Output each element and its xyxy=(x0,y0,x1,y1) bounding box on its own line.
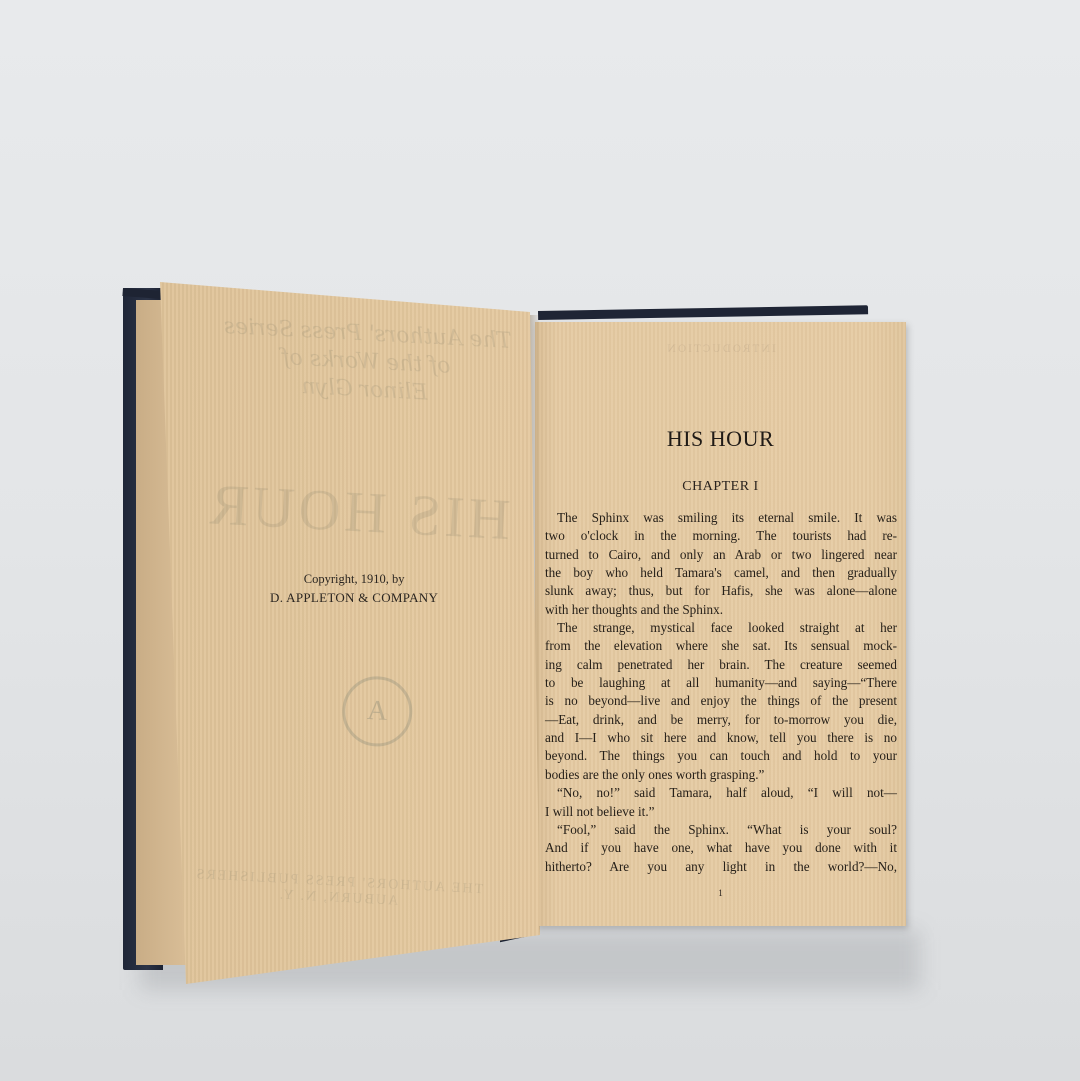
copyright-notice: Copyright, 1910, by D. APPLETON & COMPAN… xyxy=(177,572,532,606)
text-line: to be laughing at all humanity—and sayin… xyxy=(545,674,897,692)
book-cover-right-edge xyxy=(538,305,868,320)
text-line: “Fool,” said the Sphinx. “What is your s… xyxy=(545,821,897,839)
text-line: ing calm penetrated her brain. The creat… xyxy=(545,656,897,674)
text-line: The strange, mystical face looked straig… xyxy=(545,619,897,637)
text-line: bodies are the only ones worth grasping.… xyxy=(545,766,897,784)
text-line: beyond. The things you can touch and hol… xyxy=(545,747,897,765)
show-through-series: The Authors' Press Series of the Works o… xyxy=(187,311,546,413)
text-line: —Eat, drink, and be merry, for to-morrow… xyxy=(545,711,897,729)
text-line: slunk away; thus, but for Hafis, she was… xyxy=(545,582,897,600)
publisher-line: D. APPLETON & COMPANY xyxy=(177,590,532,606)
text-line: And if you have one, what have you done … xyxy=(545,839,897,857)
publisher-seal-icon: A xyxy=(340,675,414,749)
book-photo: INTRODUCTION HIS HOUR CHAPTER I The Sphi… xyxy=(0,0,1080,1081)
chapter-heading: CHAPTER I xyxy=(535,479,906,495)
show-through-title: HIS HOUR xyxy=(179,469,537,554)
text-line: The Sphinx was smiling its eternal smile… xyxy=(545,509,897,527)
show-through-header: INTRODUCTION xyxy=(535,344,906,355)
text-line: I will not believe it.” xyxy=(545,803,897,821)
book-title: HIS HOUR xyxy=(535,426,906,452)
text-line: is no beyond—live and enjoy the things o… xyxy=(545,692,897,710)
right-page: INTRODUCTION HIS HOUR CHAPTER I The Sphi… xyxy=(535,322,906,926)
page-number: 1 xyxy=(535,888,906,898)
text-line: from the elevation where she sat. Its se… xyxy=(545,637,897,655)
text-line: the boy who held Tamara's camel, and the… xyxy=(545,564,897,582)
text-line: turned to Cairo, and only an Arab or two… xyxy=(545,546,897,564)
text-line: two o'clock in the morning. The tourists… xyxy=(545,527,897,545)
chapter-text: The Sphinx was smiling its eternal smile… xyxy=(545,509,897,876)
text-line: “No, no!” said Tamara, half aloud, “I wi… xyxy=(545,784,897,802)
left-page-content: The Authors' Press Series of the Works o… xyxy=(158,291,546,949)
text-line: hitherto? Are you any light in the world… xyxy=(545,858,897,876)
text-line: with her thoughts and the Sphinx. xyxy=(545,601,897,619)
text-line: and I—I who sit here and know, tell you … xyxy=(545,729,897,747)
copyright-line: Copyright, 1910, by xyxy=(177,572,532,587)
show-through-publisher: THE AUTHORS' PRESS PUBLISHERS AUBURN, N.… xyxy=(160,865,516,916)
